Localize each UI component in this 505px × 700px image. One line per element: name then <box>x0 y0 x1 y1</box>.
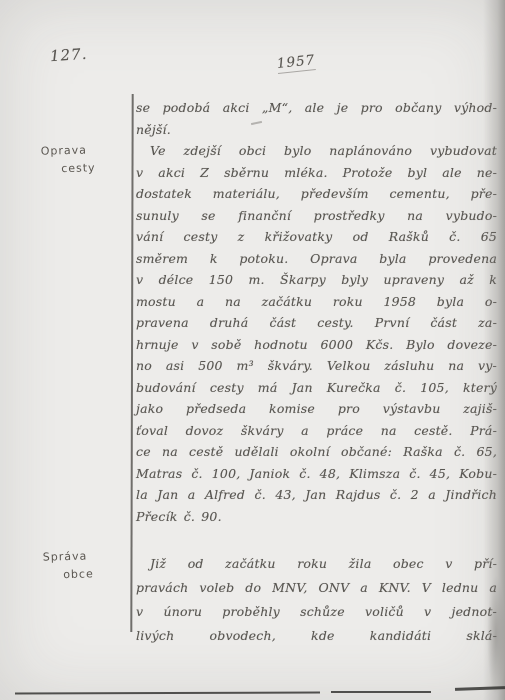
handwritten-text-line: pravena druhá část cesty. První část za- <box>136 312 497 334</box>
handwritten-text-line: ce na cestě udělali okolní občané: Raška… <box>136 441 497 463</box>
handwritten-text-line: sunuly se finanční prostředky na vybudo- <box>136 205 497 227</box>
handwritten-text-line: Již od začátku roku žila obec v pří- <box>136 552 497 576</box>
handwritten-text-line: dostatek materiálu, především cementu, p… <box>136 183 497 205</box>
margin-note-line: Správa <box>43 549 94 563</box>
scan-bottom-edge-line <box>15 691 320 694</box>
handwritten-text-line: Ve zdejší obci bylo naplánováno vybudova… <box>136 140 497 162</box>
handwritten-text-line: se podobá akci „M“, ale je pro občany vý… <box>136 97 497 119</box>
main-text-block-second: Již od začátku roku žila obec v pří- pra… <box>136 552 497 648</box>
handwritten-text-line: livých obvodech, kde kandidáti sklá- <box>136 624 497 648</box>
scanned-chronicle-page: 127. 1957 Oprava cesty Správa obce se po… <box>0 0 505 700</box>
handwritten-text-line: směrem k potoku. Oprava byla provedena <box>136 248 497 270</box>
handwritten-text-line: Přecík č. 90. <box>136 506 497 528</box>
handwritten-text-line: pravách voleb do MNV, ONV a KNV. V lednu… <box>136 576 497 600</box>
handwritten-text-line: nější. <box>136 119 497 141</box>
main-text-block: se podobá akci „M“, ale je pro občany vý… <box>136 97 497 527</box>
margin-note-sprava-obce: Správa obce <box>43 549 94 581</box>
handwritten-text-line: mostu a na začátku roku 1958 byla o- <box>136 291 497 313</box>
year-heading: 1957 <box>276 52 316 74</box>
handwritten-text-line: no asi 500 m³ škváry. Velkou zásluhu na … <box>136 355 497 377</box>
handwritten-text-line: v délce 150 m. Škarpy byly upraveny až k <box>136 269 497 291</box>
margin-rule-line <box>130 94 133 632</box>
handwritten-text-line: jako předseda komise pro výstavbu zajiš- <box>136 398 497 420</box>
scan-right-edge-blotch <box>487 575 505 695</box>
handwritten-text-line: v akci Z sběrnu mléka. Protože byl ale n… <box>136 162 497 184</box>
page-number: 127. <box>49 45 88 66</box>
margin-note-line: obce <box>43 567 94 581</box>
handwritten-text-line: budování cesty má Jan Kurečka č. 105, kt… <box>136 377 497 399</box>
handwritten-text-line: vání cesty z křižovatky od Rašků č. 65 <box>136 226 497 248</box>
margin-note-line: cesty <box>41 161 96 175</box>
handwritten-text-line: Matras č. 100, Janiok č. 48, Klimsza č. … <box>136 463 497 485</box>
margin-note-oprava-cesty: Oprava cesty <box>41 143 96 175</box>
margin-note-line: Oprava <box>41 143 96 157</box>
handwritten-text-line: la Jan a Alfred č. 43, Jan Rajdus č. 2 a… <box>136 484 497 506</box>
scan-bottom-edge-line <box>331 691 431 693</box>
handwritten-text-line: v únoru proběhly schůze voličů v jednot- <box>136 600 497 624</box>
handwritten-text-line: hrnuje v sobě hodnotu 6000 Kčs. Bylo dov… <box>136 334 497 356</box>
handwritten-text-line: ťoval dovoz škváry a práce na cestě. Prá… <box>136 420 497 442</box>
